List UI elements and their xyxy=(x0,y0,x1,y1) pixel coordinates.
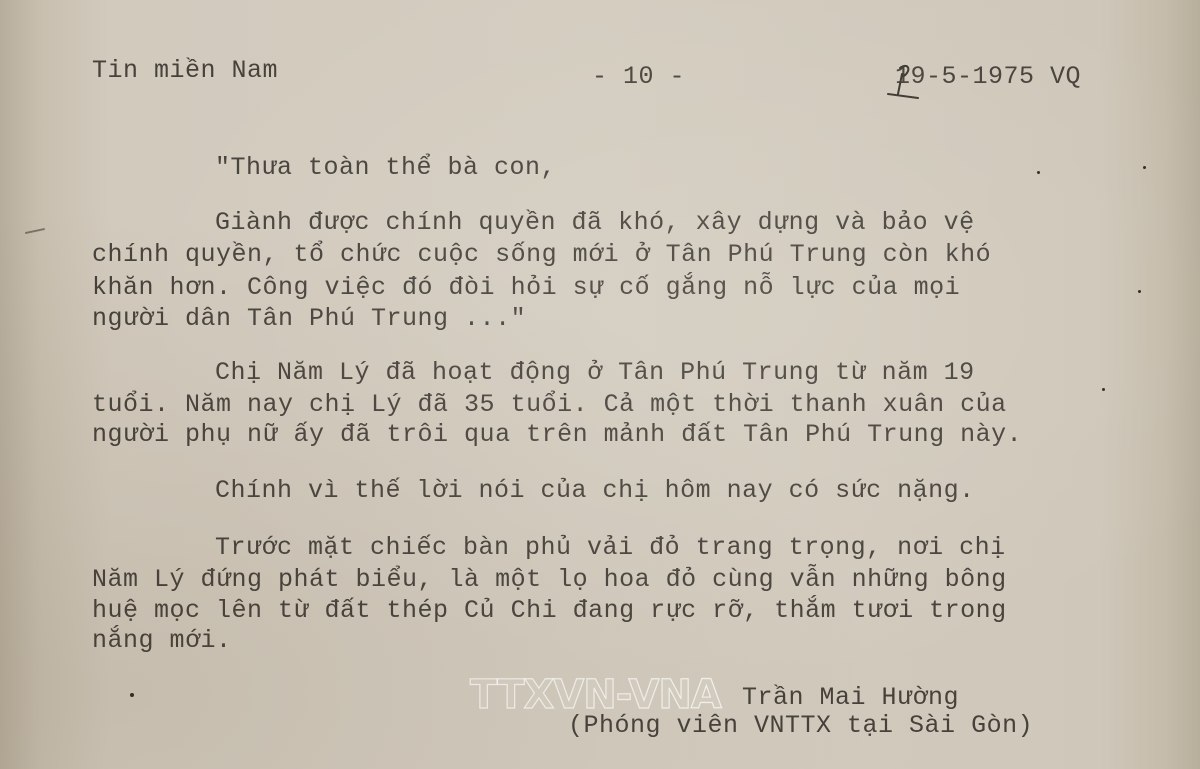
typewritten-document-page: Tin miền Nam - 10 - 19-5-1975 VQ "Thưa t… xyxy=(0,0,1200,769)
body-line: Chính vì thế lời nói của chị hôm nay có … xyxy=(215,476,975,506)
body-line: người dân Tân Phú Trung ..." xyxy=(92,304,526,334)
page-number: - 10 - xyxy=(592,62,685,92)
body-line: nắng mới. xyxy=(92,626,232,656)
signature-title: (Phóng viên VNTTX tại Sài Gòn) xyxy=(568,711,1033,741)
ink-streak xyxy=(25,228,45,234)
ink-speck xyxy=(1143,166,1146,169)
body-line: huệ mọc lên từ đất thép Củ Chi đang rực … xyxy=(92,596,1007,626)
ink-speck xyxy=(130,693,134,697)
ink-speck xyxy=(1138,290,1141,293)
body-line: Trước mặt chiếc bàn phủ vải đỏ trang trọ… xyxy=(215,533,1006,563)
body-line: "Thưa toàn thể bà con, xyxy=(215,153,556,183)
body-line: Chị Năm Lý đã hoạt động ở Tân Phú Trung … xyxy=(215,358,975,388)
date-reference: 19-5-1975 VQ xyxy=(895,62,1081,92)
header-section-label: Tin miền Nam xyxy=(92,56,278,86)
body-line: người phụ nữ ấy đã trôi qua trên mảnh đấ… xyxy=(92,420,1022,450)
body-line: Năm Lý đứng phát biểu, là một lọ hoa đỏ … xyxy=(92,565,1007,595)
body-line: chính quyền, tổ chức cuộc sống mới ở Tân… xyxy=(92,240,991,270)
body-line: tuổi. Năm nay chị Lý đã 35 tuổi. Cả một … xyxy=(92,390,1007,420)
ink-speck xyxy=(1102,388,1105,391)
signature-name: Trần Mai Hường xyxy=(742,683,959,713)
body-line: Giành được chính quyền đã khó, xây dựng … xyxy=(215,208,975,238)
body-line: khăn hơn. Công việc đó đòi hỏi sự cố gắn… xyxy=(92,273,960,303)
ink-speck xyxy=(1037,171,1040,174)
